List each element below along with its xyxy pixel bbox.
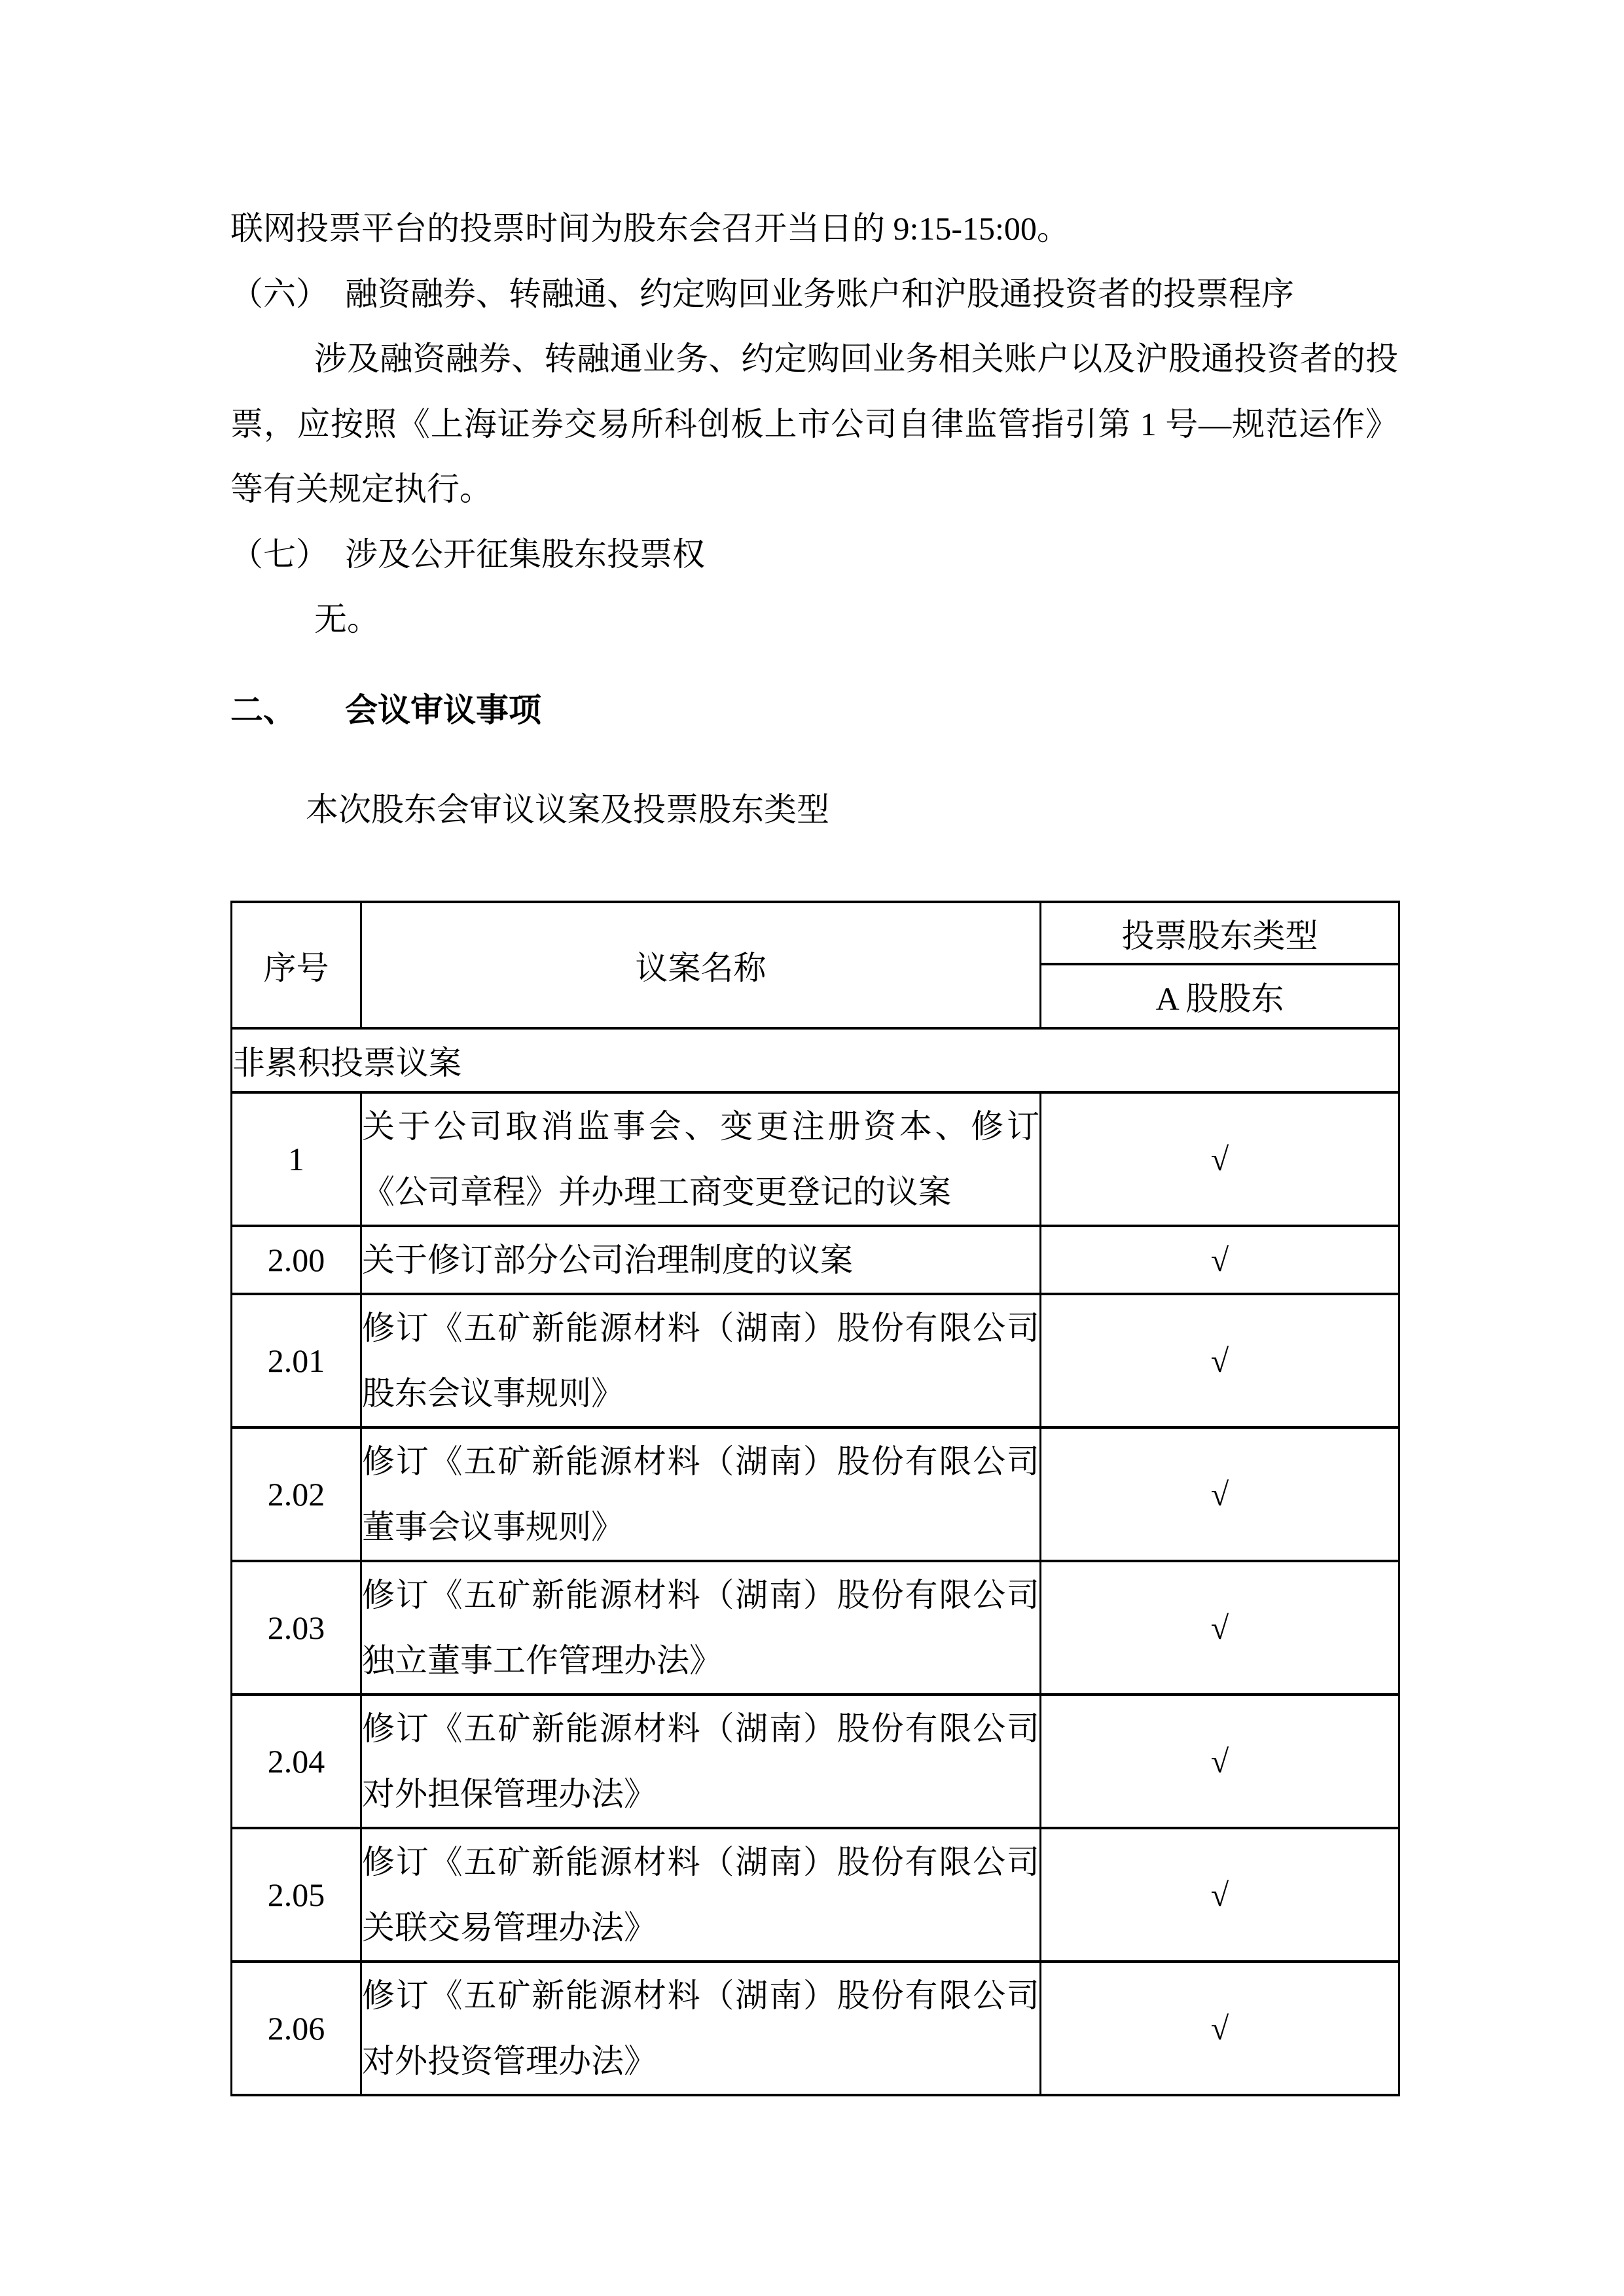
- item-7-heading: （七） 涉及公开征集股东投票权: [230, 522, 1398, 588]
- paragraph-voting-time: 联网投票平台的投票时间为股东会召开当日的 9:15-15:00。: [230, 196, 1398, 262]
- table-row: 2.01 修订《五矿新能源材料（湖南）股份有限公司股东会议事规则》 √: [232, 1294, 1399, 1427]
- row-a-share-check: √: [1041, 1226, 1399, 1294]
- document-page: 联网投票平台的投票时间为股东会召开当日的 9:15-15:00。 （六） 融资融…: [0, 0, 1624, 2296]
- proposals-table: 序号 议案名称 投票股东类型 A 股股东 非累积投票议案 1 关于公司取消监事会…: [230, 901, 1400, 2096]
- row-a-share-check: √: [1041, 1561, 1399, 1695]
- item-6-heading: （六） 融资融券、转融通、约定购回业务账户和沪股通投资者的投票程序: [230, 262, 1398, 327]
- row-a-share-check: √: [1041, 1294, 1399, 1427]
- table-intro: 本次股东会审议议案及投票股东类型: [230, 778, 1398, 843]
- row-proposal-name: 修订《五矿新能源材料（湖南）股份有限公司对外投资管理办法》: [361, 1962, 1041, 2095]
- row-a-share-check: √: [1041, 1695, 1399, 1828]
- section-2-heading: 二、 会议审议事项: [230, 678, 1398, 744]
- table-row: 2.04 修订《五矿新能源材料（湖南）股份有限公司对外担保管理办法》 √: [232, 1695, 1399, 1828]
- section-label: 非累积投票议案: [232, 1028, 1399, 1092]
- header-voter-type: 投票股东类型: [1041, 902, 1399, 964]
- row-no: 2.00: [232, 1226, 361, 1294]
- table-row: 1 关于公司取消监事会、变更注册资本、修订《公司章程》并办理工商变更登记的议案 …: [232, 1092, 1399, 1226]
- table-header-row-1: 序号 议案名称 投票股东类型: [232, 902, 1399, 964]
- header-no: 序号: [232, 902, 361, 1028]
- row-proposal-name: 关于公司取消监事会、变更注册资本、修订《公司章程》并办理工商变更登记的议案: [361, 1092, 1041, 1226]
- section-row: 非累积投票议案: [232, 1028, 1399, 1092]
- row-proposal-name: 修订《五矿新能源材料（湖南）股份有限公司董事会议事规则》: [361, 1427, 1041, 1561]
- header-a-share: A 股股东: [1041, 964, 1399, 1028]
- paragraph-none: 无。: [230, 587, 1398, 653]
- row-no: 2.03: [232, 1561, 361, 1695]
- paragraph-margin-trading: 涉及融资融券、转融通业务、约定购回业务相关账户以及沪股通投资者的投票，应按照《上…: [230, 327, 1398, 522]
- row-proposal-name: 修订《五矿新能源材料（湖南）股份有限公司股东会议事规则》: [361, 1294, 1041, 1427]
- table-row: 2.06 修订《五矿新能源材料（湖南）股份有限公司对外投资管理办法》 √: [232, 1962, 1399, 2095]
- table-row: 2.02 修订《五矿新能源材料（湖南）股份有限公司董事会议事规则》 √: [232, 1427, 1399, 1561]
- row-proposal-name: 修订《五矿新能源材料（湖南）股份有限公司独立董事工作管理办法》: [361, 1561, 1041, 1695]
- row-no: 2.01: [232, 1294, 361, 1427]
- row-proposal-name: 关于修订部分公司治理制度的议案: [361, 1226, 1041, 1294]
- row-no: 2.04: [232, 1695, 361, 1828]
- document-body: 联网投票平台的投票时间为股东会召开当日的 9:15-15:00。 （六） 融资融…: [230, 196, 1398, 843]
- row-no: 2.05: [232, 1828, 361, 1962]
- row-proposal-name: 修订《五矿新能源材料（湖南）股份有限公司对外担保管理办法》: [361, 1695, 1041, 1828]
- table-row: 2.00 关于修订部分公司治理制度的议案 √: [232, 1226, 1399, 1294]
- table-row: 2.05 修订《五矿新能源材料（湖南）股份有限公司关联交易管理办法》 √: [232, 1828, 1399, 1962]
- header-proposal-name: 议案名称: [361, 902, 1041, 1028]
- table-row: 2.03 修订《五矿新能源材料（湖南）股份有限公司独立董事工作管理办法》 √: [232, 1561, 1399, 1695]
- row-no: 1: [232, 1092, 361, 1226]
- row-a-share-check: √: [1041, 1427, 1399, 1561]
- row-proposal-name: 修订《五矿新能源材料（湖南）股份有限公司关联交易管理办法》: [361, 1828, 1041, 1962]
- row-no: 2.06: [232, 1962, 361, 2095]
- row-no: 2.02: [232, 1427, 361, 1561]
- row-a-share-check: √: [1041, 1092, 1399, 1226]
- row-a-share-check: √: [1041, 1828, 1399, 1962]
- row-a-share-check: √: [1041, 1962, 1399, 2095]
